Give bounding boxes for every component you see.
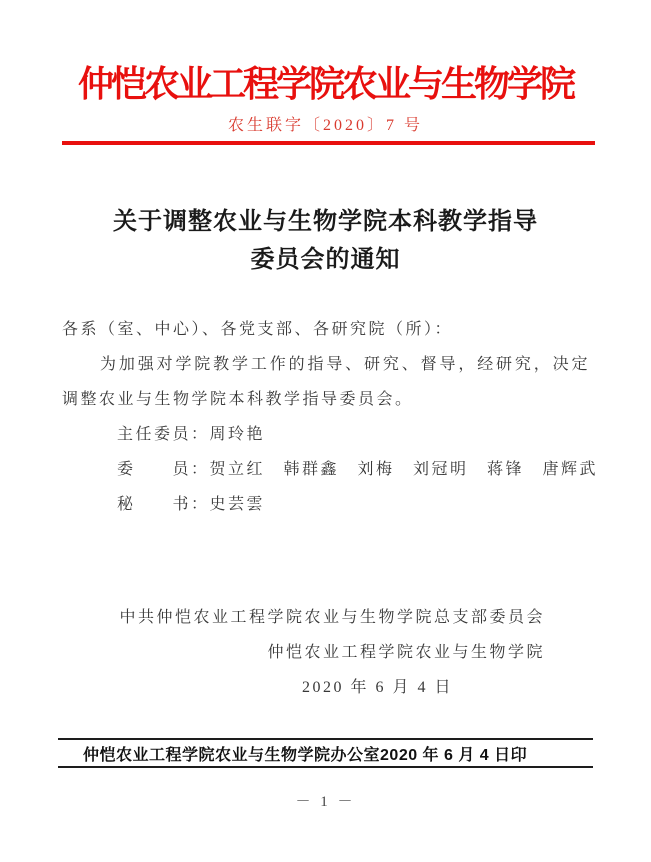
document-title-line2: 委员会的通知 (0, 241, 651, 279)
red-divider-line (62, 141, 595, 145)
footer-bottom-rule (58, 766, 593, 768)
salutation-line: 各系（室、中心）、各党支部、各研究院（所）： (62, 312, 590, 347)
role-line-chairman: 主任委员：周玲艳 (62, 417, 590, 452)
role-names-secretary: 史芸雲 (210, 496, 266, 513)
role-names-members: 贺立红 韩群鑫 刘梅 刘冠明 蒋锋 唐辉武 (210, 461, 599, 478)
role-label-members: 委 员： (117, 461, 210, 478)
role-names-chairman: 周玲艳 (210, 426, 266, 443)
document-title: 关于调整农业与生物学院本科教学指导 委员会的通知 (0, 203, 651, 279)
body-paragraph: 为加强对学院教学工作的指导、研究、督导，经研究，决定调整农业与生物学院本科教学指… (62, 347, 590, 417)
footer-print-date: 2020 年 6 月 4 日印 (380, 742, 527, 765)
signature-date: 2020 年 6 月 4 日 (0, 670, 453, 705)
footer-issuing-office: 仲恺农业工程学院农业与生物学院办公室 (83, 742, 380, 765)
role-line-secretary: 秘 书：史芸雲 (62, 487, 590, 522)
signature-block: 中共仲恺农业工程学院农业与生物学院总支部委员会 仲恺农业工程学院农业与生物学院 … (0, 600, 651, 705)
page-number: － 1 － (0, 790, 651, 811)
role-label-chairman: 主任委员： (117, 426, 210, 443)
role-line-members: 委 员：贺立红 韩群鑫 刘梅 刘冠明 蒋锋 唐辉武 (62, 452, 590, 487)
document-reference-number: 农生联字〔2020〕7 号 (0, 112, 651, 135)
signature-org-line2: 仲恺农业工程学院农业与生物学院 (0, 635, 545, 670)
signature-org-line1: 中共仲恺农业工程学院农业与生物学院总支部委员会 (0, 600, 545, 635)
official-document-page: 仲恺农业工程学院农业与生物学院 农生联字〔2020〕7 号 关于调整农业与生物学… (0, 0, 651, 862)
document-title-line1: 关于调整农业与生物学院本科教学指导 (0, 203, 651, 241)
document-body: 各系（室、中心）、各党支部、各研究院（所）： 为加强对学院教学工作的指导、研究、… (62, 312, 590, 522)
role-label-secretary: 秘 书： (117, 496, 210, 513)
footer-row: 仲恺农业工程学院农业与生物学院办公室 2020 年 6 月 4 日印 (58, 740, 593, 766)
document-footer: 仲恺农业工程学院农业与生物学院办公室 2020 年 6 月 4 日印 (58, 738, 593, 768)
letterhead-org-title: 仲恺农业工程学院农业与生物学院 (0, 56, 651, 107)
